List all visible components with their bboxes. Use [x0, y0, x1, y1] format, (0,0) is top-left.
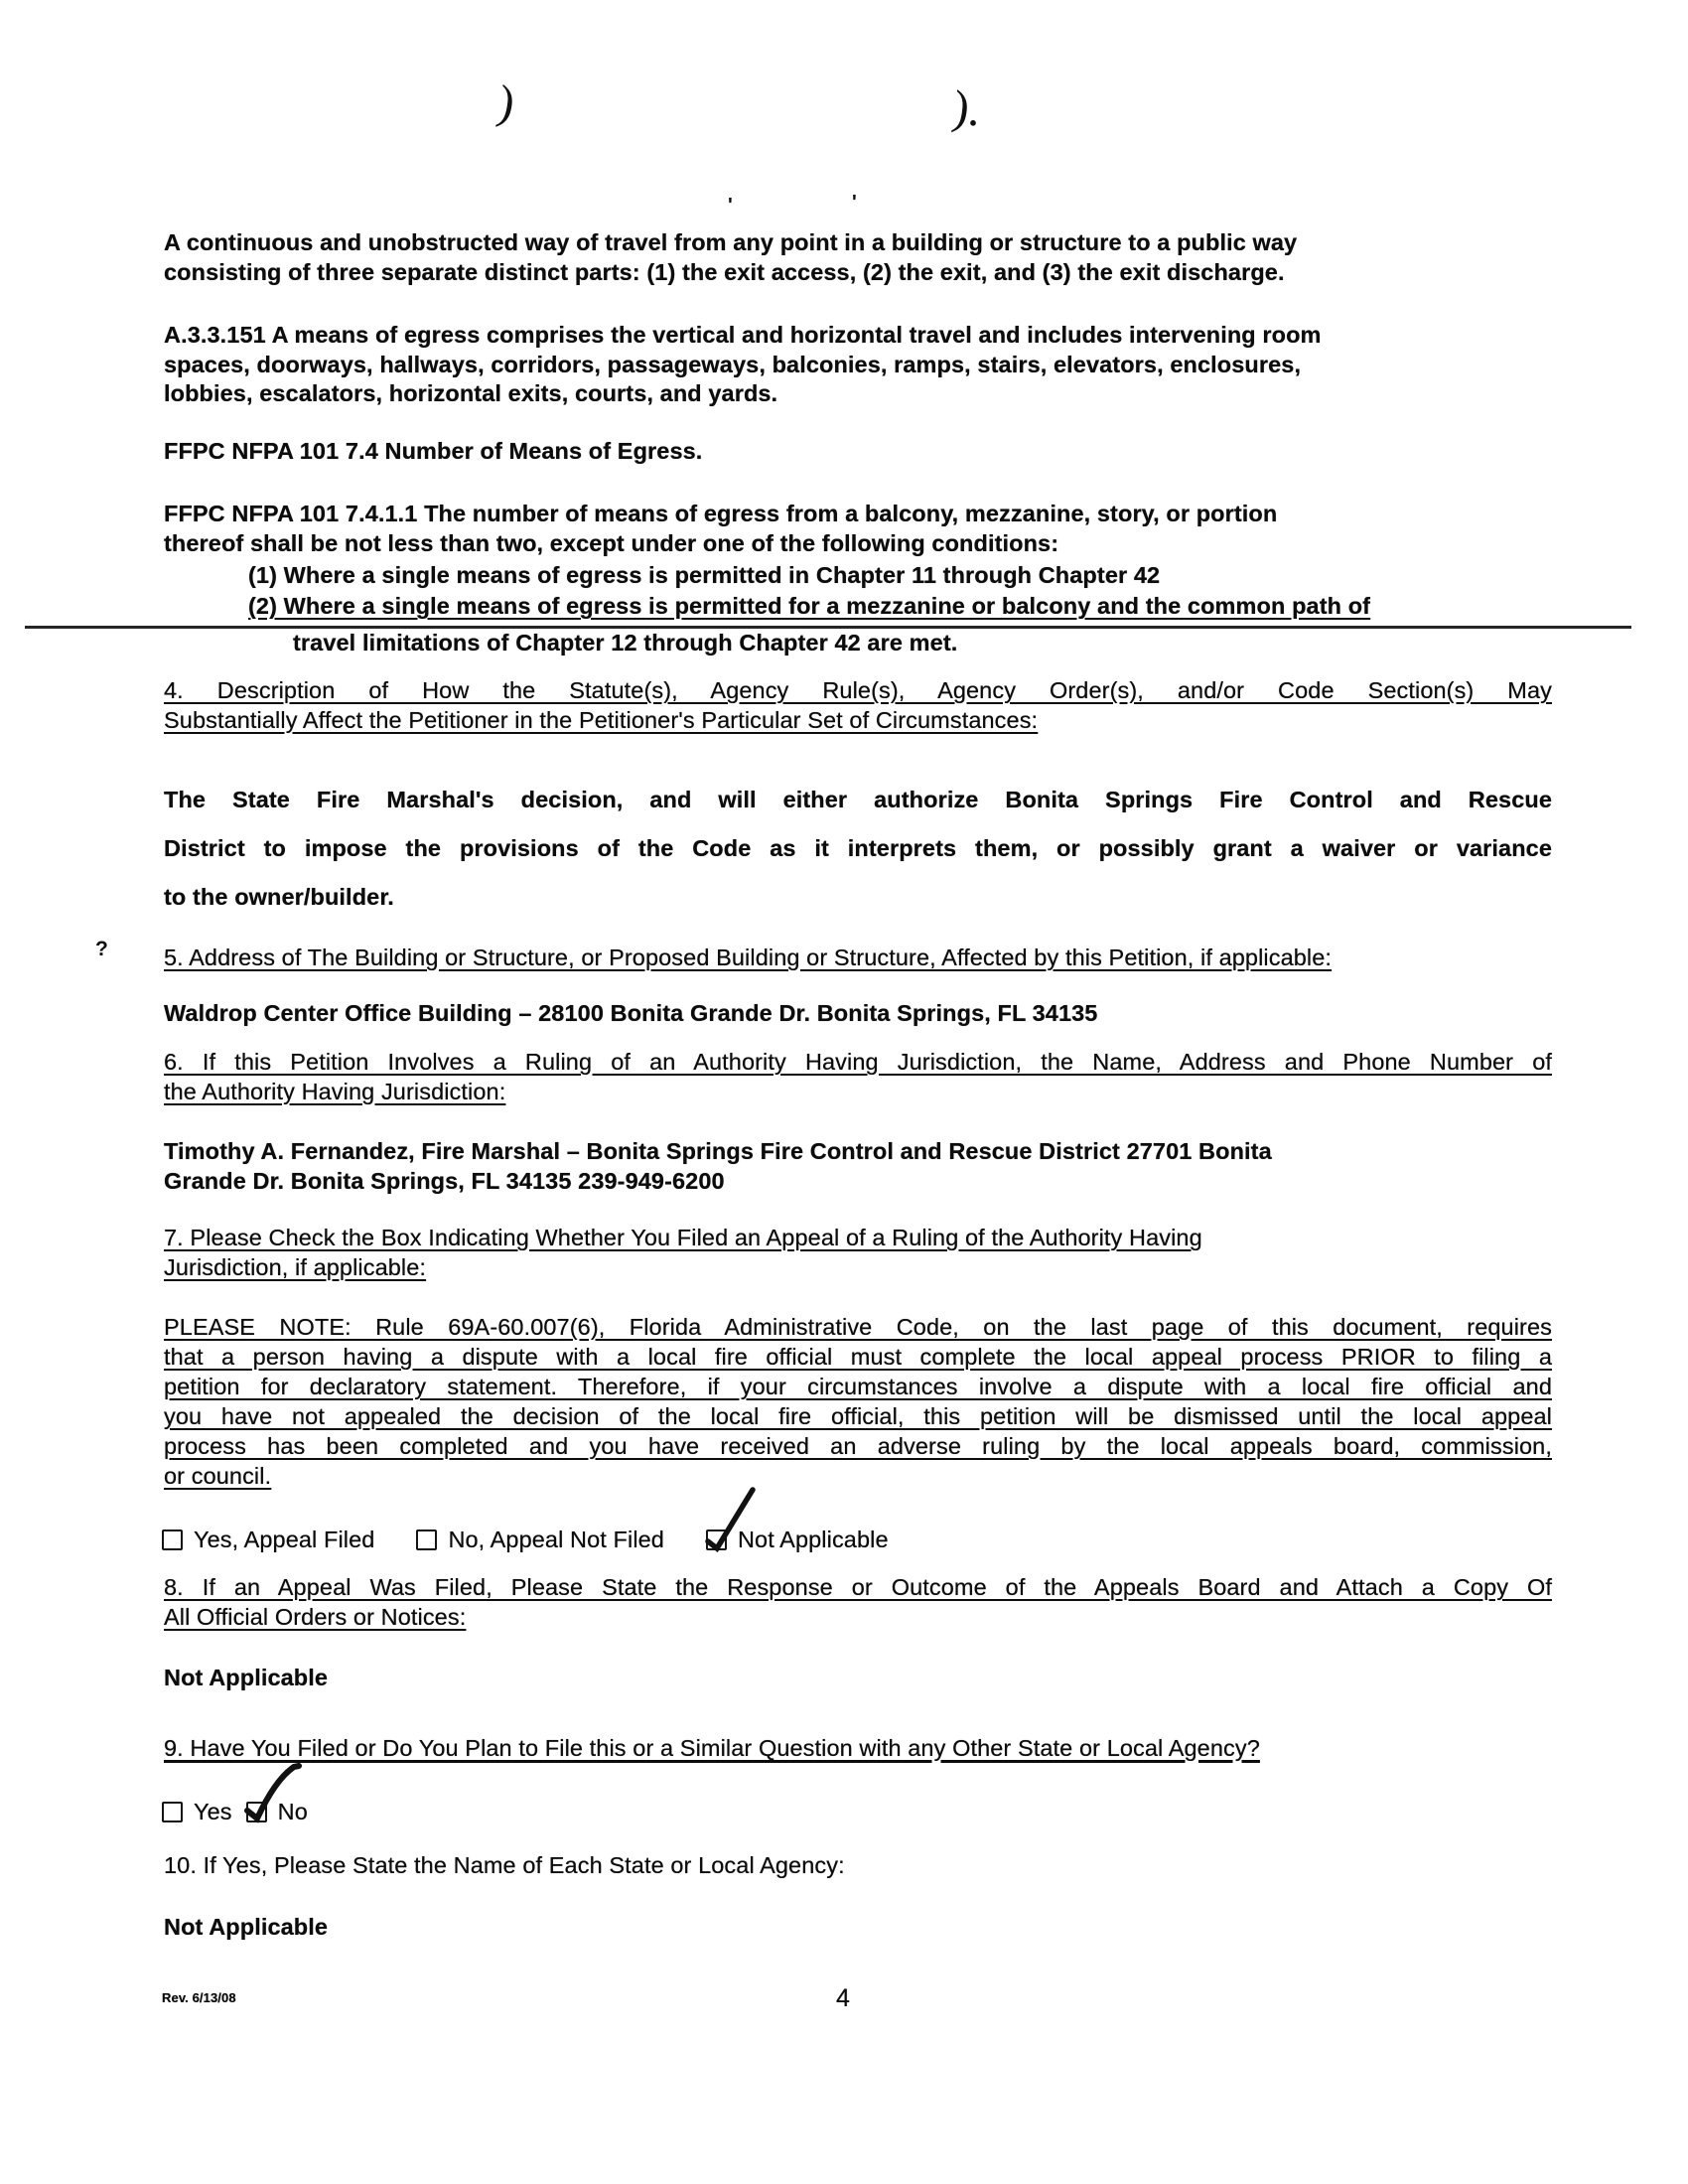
paragraph-waldrop-address: Waldrop Center Office Building – 28100 B…	[164, 999, 1552, 1029]
checkbox-item-not-applicable: Not Applicable	[706, 1526, 889, 1555]
text-line: consisting of three separate distinct pa…	[164, 258, 1552, 288]
text-line: you have not appealed the decision of th…	[164, 1401, 1552, 1431]
scanned-document-page: ) ). ' ' ? A continuous and unobstructed…	[0, 0, 1688, 2184]
list-item-2-continued: travel limitations of Chapter 12 through…	[164, 629, 1681, 658]
scan-artifact-tick: '	[728, 195, 733, 218]
checkbox-label: No, Appeal Not Filed	[448, 1526, 664, 1555]
section-6-heading: 6. If this Petition Involves a Ruling of…	[164, 1048, 1552, 1106]
paragraph-a33151: A.3.3.151 A means of egress comprises th…	[164, 321, 1552, 409]
scan-artifact-paren-left: )	[493, 74, 518, 131]
scan-artifact-tick: '	[852, 192, 857, 215]
checkbox-group-other-agency: Yes No	[162, 1798, 308, 1827]
checkbox-label: No	[278, 1798, 308, 1827]
section-8-heading: 8. If an Appeal Was Filed, Please State …	[164, 1573, 1552, 1632]
text-line: Substantially Affect the Petitioner in t…	[164, 706, 1552, 736]
section-7-heading: 7. Please Check the Box Indicating Wheth…	[164, 1224, 1552, 1282]
text-line: A.3.3.151 A means of egress comprises th…	[164, 321, 1552, 351]
checkbox-label: Not Applicable	[738, 1526, 889, 1555]
section-8-answer: Not Applicable	[164, 1664, 1552, 1693]
checkbox-no-appeal-not-filed[interactable]	[416, 1529, 437, 1550]
text-line: Grande Dr. Bonita Springs, FL 34135 239-…	[164, 1167, 1552, 1197]
text-line: spaces, doorways, hallways, corridors, p…	[164, 351, 1552, 380]
section-10-heading: 10. If Yes, Please State the Name of Eac…	[164, 1851, 1552, 1881]
checkbox-yes-appeal-filed[interactable]	[162, 1529, 183, 1550]
footer-revision: Rev. 6/13/08	[162, 1990, 236, 2005]
text-line: FFPC NFPA 101 7.4.1.1 The number of mean…	[164, 500, 1552, 529]
text-line: The State Fire Marshal's decision, and w…	[164, 776, 1552, 824]
checkbox-item-no-appeal-not-filed: No, Appeal Not Filed	[416, 1526, 664, 1555]
section-9-heading: 9. Have You Filed or Do You Plan to File…	[164, 1734, 1552, 1764]
checkbox-item-yes: Yes	[162, 1798, 232, 1827]
list-item-1: (1) Where a single means of egress is pe…	[164, 561, 1636, 591]
checkbox-label: Yes, Appeal Filed	[194, 1526, 374, 1555]
text-line: thereof shall be not less than two, exce…	[164, 529, 1552, 559]
heading-nfpa-74: FFPC NFPA 101 7.4 Number of Means of Egr…	[164, 437, 1552, 467]
text-line: PLEASE NOTE: Rule 69A-60.007(6), Florida…	[164, 1312, 1552, 1342]
paragraph-please-note: PLEASE NOTE: Rule 69A-60.007(6), Florida…	[164, 1312, 1552, 1491]
text-line: or council.	[164, 1461, 1552, 1491]
text-line: A continuous and unobstructed way of tra…	[164, 228, 1552, 258]
paragraph-marshal-decision: The State Fire Marshal's decision, and w…	[164, 776, 1552, 922]
text-line: Jurisdiction, if applicable:	[164, 1253, 1552, 1283]
checkbox-group-appeal: Yes, Appeal Filed No, Appeal Not Filed N…	[162, 1526, 889, 1555]
checkbox-no[interactable]	[246, 1802, 267, 1822]
scan-artifact-question-mark: ?	[95, 938, 108, 961]
scan-artifact-paren-right: ).	[949, 79, 984, 137]
text-line: 8. If an Appeal Was Filed, Please State …	[164, 1573, 1552, 1603]
scan-artifact-horizontal-line	[25, 626, 1631, 629]
section-10-answer: Not Applicable	[164, 1913, 1552, 1943]
section-5-heading: 5. Address of The Building or Structure,…	[164, 944, 1552, 973]
text-line: that a person having a dispute with a lo…	[164, 1342, 1552, 1372]
text-line: Timothy A. Fernandez, Fire Marshal – Bon…	[164, 1137, 1552, 1167]
paragraph-nfpa-7411: FFPC NFPA 101 7.4.1.1 The number of mean…	[164, 500, 1552, 558]
text-line: process has been completed and you have …	[164, 1431, 1552, 1461]
paragraph-fernandez: Timothy A. Fernandez, Fire Marshal – Bon…	[164, 1137, 1552, 1196]
checkbox-yes[interactable]	[162, 1802, 183, 1822]
checkbox-not-applicable[interactable]	[706, 1529, 727, 1550]
text-line: All Official Orders or Notices:	[164, 1603, 1552, 1633]
text-line: 7. Please Check the Box Indicating Wheth…	[164, 1224, 1552, 1253]
text-line: 6. If this Petition Involves a Ruling of…	[164, 1048, 1552, 1078]
checkbox-item-yes-appeal-filed: Yes, Appeal Filed	[162, 1526, 374, 1555]
paragraph-egress-definition: A continuous and unobstructed way of tra…	[164, 228, 1552, 287]
text-line: the Authority Having Jurisdiction:	[164, 1078, 1552, 1107]
text-line: to the owner/builder.	[164, 873, 1552, 922]
checkbox-label: Yes	[194, 1798, 232, 1827]
text-line: District to impose the provisions of the…	[164, 824, 1552, 873]
text-line: 4. Description of How the Statute(s), Ag…	[164, 676, 1552, 706]
section-4-heading: 4. Description of How the Statute(s), Ag…	[164, 676, 1552, 735]
text-line: petition for declaratory statement. Ther…	[164, 1372, 1552, 1401]
list-item-2: (2) Where a single means of egress is pe…	[164, 592, 1636, 622]
page-number: 4	[836, 1984, 850, 2013]
checkbox-item-no: No	[246, 1798, 308, 1827]
text-line: lobbies, escalators, horizontal exits, c…	[164, 379, 1552, 409]
